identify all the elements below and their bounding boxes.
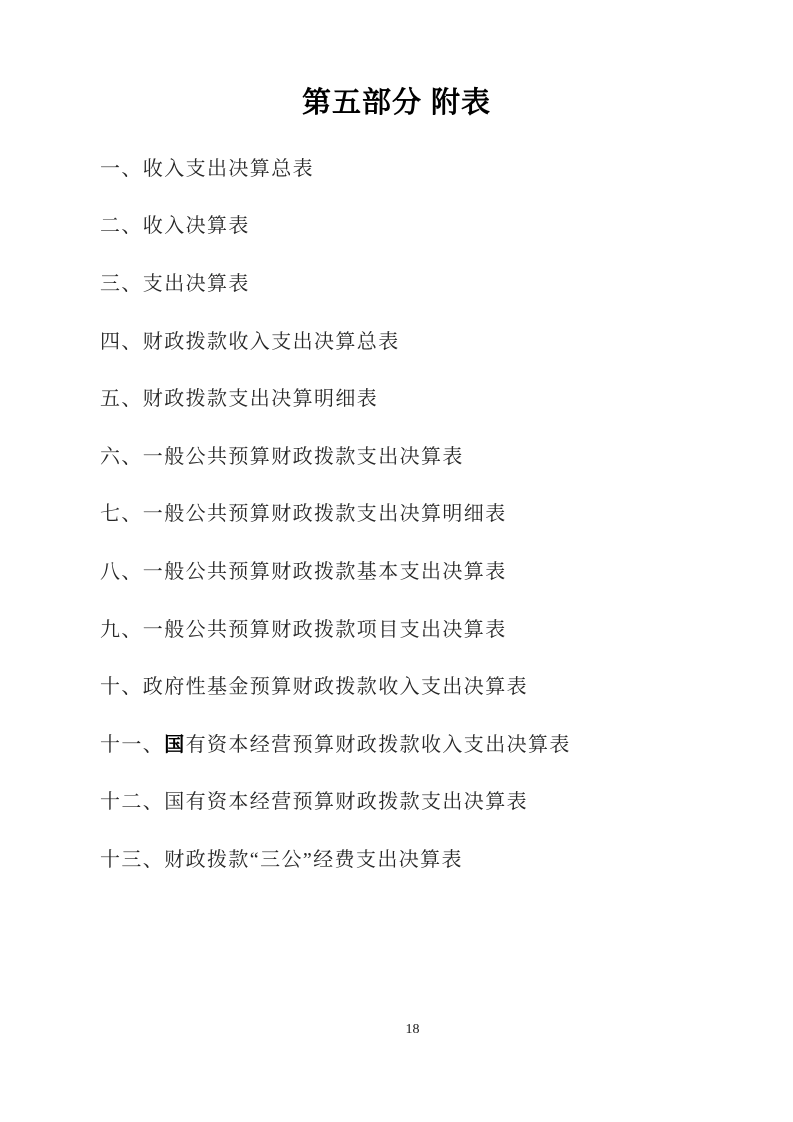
list-item-text-prefix: 十一、 bbox=[100, 732, 164, 758]
list-item: 十二、国有资本经营预算财政拨款支出决算表 bbox=[100, 774, 753, 832]
list-item: 六、一般公共预算财政拨款支出决算表 bbox=[100, 428, 753, 486]
table-list: 一、收入支出决算总表 二、收入决算表 三、支出决算表 四、财政拨款收入支出决算总… bbox=[100, 140, 753, 889]
list-item: 二、收入决算表 bbox=[100, 198, 753, 256]
list-item-text-bold: 国 bbox=[164, 732, 185, 758]
list-item: 十、政府性基金预算财政拨款收入支出决算表 bbox=[100, 658, 753, 716]
list-item: 十三、财政拨款“三公”经费支出决算表 bbox=[100, 831, 753, 889]
page-title: 第五部分 附表 bbox=[0, 86, 793, 120]
list-item: 三、支出决算表 bbox=[100, 255, 753, 313]
list-item: 十一、 国 有资本经营预算财政拨款收入支出决算表 bbox=[100, 716, 753, 774]
list-item: 九、一般公共预算财政拨款项目支出决算表 bbox=[100, 601, 753, 659]
list-item: 一、收入支出决算总表 bbox=[100, 140, 753, 198]
list-item: 五、财政拨款支出决算明细表 bbox=[100, 370, 753, 428]
list-item: 八、一般公共预算财政拨款基本支出决算表 bbox=[100, 543, 753, 601]
document-page: 第五部分 附表 一、收入支出决算总表 二、收入决算表 三、支出决算表 四、财政拨… bbox=[0, 0, 793, 1122]
list-item-text-suffix: 有资本经营预算财政拨款收入支出决算表 bbox=[186, 732, 571, 758]
list-item: 七、一般公共预算财政拨款支出决算明细表 bbox=[100, 486, 753, 544]
list-item: 四、财政拨款收入支出决算总表 bbox=[100, 313, 753, 371]
page-number: 18 bbox=[406, 1021, 420, 1039]
